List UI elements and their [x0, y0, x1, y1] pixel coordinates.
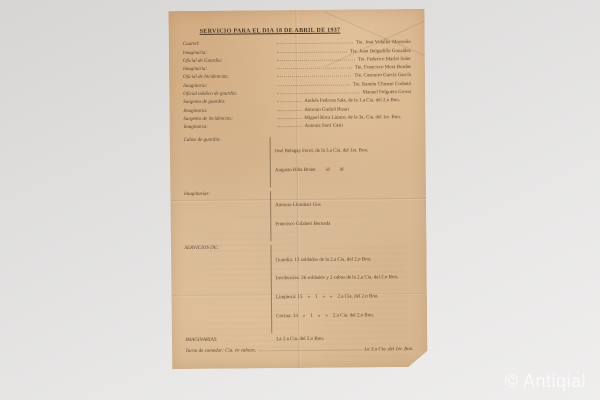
- roster-label: Sargento de incidencias:: [183, 116, 275, 123]
- roster-label: Oficial de Incidencias:: [183, 75, 275, 82]
- roster-label: Imaginaria:: [183, 124, 275, 131]
- roster-label: Cuartel:: [183, 41, 275, 48]
- group-label: Imaginarias:: [184, 191, 270, 242]
- document-photo: SERVICIO PARA EL DIA 18 DE ABRIL DE 1937…: [168, 9, 427, 369]
- dot-leader: [277, 39, 353, 45]
- summary-label: IMAGINARIAS:: [185, 337, 271, 344]
- dot-leader: [277, 47, 347, 53]
- group-imaginarias: Imaginarias: Antonio Llombart Gos Franci…: [184, 190, 412, 242]
- roster-label: Imaginaria:: [183, 108, 275, 115]
- antiqial-watermark: © Antiqial: [505, 371, 586, 392]
- dot-leader: [277, 106, 301, 111]
- roster-value: Tte. Francisco Mora Bordas: [355, 65, 411, 72]
- group-servicios-de: SERVICIOS DE: Guardia: 13 soldados de la…: [184, 244, 413, 334]
- group-label: Cabos de guardia:: [184, 137, 270, 188]
- group-line: Augusto Riba Bonet id id: [275, 167, 412, 174]
- roster-label: Imaginaria:: [183, 66, 275, 73]
- dot-leader: [277, 89, 359, 95]
- roster-value: Tte. Juan Delgadillo González: [350, 49, 411, 56]
- roster-value: Antonio Gudiol Bisart: [304, 107, 411, 114]
- roster-value: Tte. Federico Marlet Soler: [358, 57, 411, 64]
- dot-leader: [259, 345, 362, 351]
- roster-label: Sargento de guardia:: [183, 100, 275, 107]
- turno-de-comedor-line: Turno de comedor: Cia. en cabeza, La 3.a…: [185, 345, 413, 355]
- dot-leader: [277, 72, 351, 78]
- dot-leader: [277, 80, 350, 86]
- summary-value: La 2.a Cia. del 2.o Bon.: [271, 336, 413, 344]
- document-content: SERVICIO PARA EL DIA 18 DE ABRIL DE 1937…: [183, 27, 414, 355]
- group-lines: Guardia: 13 soldados de la 2.a Cia. del …: [270, 244, 413, 333]
- group-line: Cocina: 13 » 1 » » 2.a Cia. del 2.o Bon.: [276, 313, 413, 320]
- dot-leader: [277, 114, 301, 119]
- document-title: SERVICIO PARA EL DIA 18 DE ABRIL DE 1937: [200, 27, 411, 35]
- group-line: José Belagay Ferol, de la 3.a Cia. del 1…: [275, 148, 412, 155]
- group-lines: Antonio Llombart Gos Francisco Gilabert …: [270, 190, 412, 241]
- roster-label: Imaginaria:: [183, 83, 275, 90]
- dot-leader: [277, 122, 301, 127]
- turno-value: La 3.a Cia. del 1er. Bon.: [364, 347, 413, 354]
- roster-label: Imaginaria:: [183, 50, 275, 57]
- group-line: Incidencias: 26 soldados y 2 cabos de la…: [276, 275, 413, 282]
- roster-value: Miguel Roca Lázaro, de la 3a. Cia. del 1…: [304, 115, 411, 122]
- group-lines: José Belagay Ferol, de la 3.a Cia. del 1…: [270, 136, 412, 187]
- assignment-groups: Cabos de guardia: José Belagay Ferol, de…: [184, 136, 414, 334]
- group-cabos-de-guardia: Cabos de guardia: José Belagay Ferol, de…: [184, 136, 412, 188]
- group-line: Limpieza: 15 » 1 » » 2.a Cia. del 2.o Bo…: [276, 294, 413, 301]
- group-line: Antonio Llombart Gos: [275, 202, 412, 209]
- group-label: SERVICIOS DE:: [184, 245, 271, 334]
- roster-value: Tte. Ramón Climent Corbató: [353, 82, 411, 89]
- dot-leader: [277, 55, 355, 61]
- roster-label: Oficial de Guardia:: [183, 58, 275, 65]
- roster-value: Antonia Sarri Casti: [304, 123, 411, 130]
- turno-label: Turno de comedor: Cia. en cabeza,: [185, 348, 255, 355]
- roster-label: Oficial médico de guardia:: [183, 91, 275, 98]
- duty-roster: Cuartel: Tte. José Vidaller Montolio Ima…: [183, 38, 412, 131]
- roster-value: Tte. José Vidaller Montolio: [356, 40, 411, 47]
- imaginarias-summary: IMAGINARIAS: La 2.a Cia. del 2.o Bon.: [185, 336, 413, 344]
- dot-leader: [277, 64, 352, 70]
- roster-value: Tte. Casimiro García García: [354, 73, 411, 80]
- roster-value: Andrés Pedrosa Sala, de la 1.a Cia. del …: [304, 98, 411, 105]
- roster-value: Manuel Folguera Grossi: [363, 90, 412, 97]
- group-line: Francisco Gilabert Bernada: [275, 221, 412, 228]
- group-line: Guardia: 13 soldados de la 2.a Cia. del …: [276, 257, 413, 264]
- dot-leader: [277, 97, 301, 102]
